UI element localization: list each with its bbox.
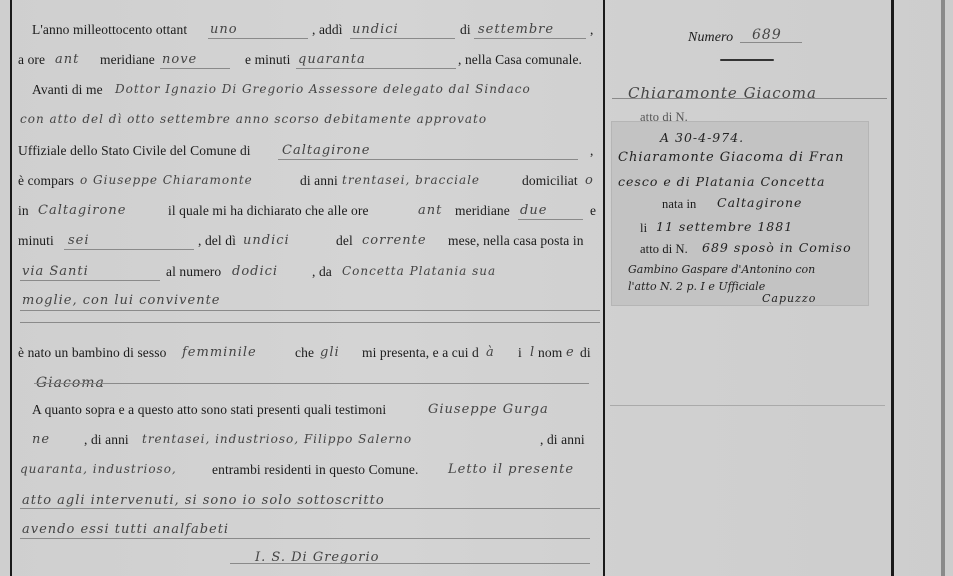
printed-mi-presenta: mi presenta, e a cui d	[362, 345, 479, 361]
printed-testimoni: A quanto sopra e a questo atto sono stat…	[32, 402, 386, 418]
hand-mother-relation: moglie, con lui convivente	[22, 293, 221, 308]
printed-casa-comunale: , nella Casa comunale.	[458, 52, 582, 68]
hand-minuti-value: quaranta	[298, 52, 366, 67]
numero-value: 689	[752, 27, 782, 43]
rule	[34, 383, 589, 384]
card-line3: cesco e di Platania Concetta	[618, 174, 826, 189]
card-line9: l'atto N. 2 p. I e Ufficiale	[628, 280, 765, 293]
margin-surname-name: Chiaramonte Giacoma	[628, 84, 817, 102]
hand-witness1-suffix: ne	[32, 432, 50, 447]
rule	[20, 322, 600, 323]
hand-closing-1: atto agli intervenuti, si sono io solo s…	[22, 493, 385, 508]
rule	[20, 508, 600, 509]
card-header: atto di N.	[640, 110, 688, 125]
hand-comune-value: Caltagirone	[282, 143, 370, 158]
hand-witness-details: trentasei, industrioso, Filippo Salerno	[142, 432, 412, 446]
hand-witness2-age-job: quaranta, industrioso,	[20, 462, 177, 476]
hand-closing-2: avendo essi tutti analfabeti	[22, 522, 229, 537]
hand-officer-name: Dottor Ignazio Di Gregorio Assessore del…	[115, 82, 531, 96]
hand-declarant-age-job: trentasei, bracciale	[342, 173, 480, 187]
card-nata-in-label: nata in	[662, 197, 696, 212]
printed-di: di	[460, 22, 471, 38]
hand-birth-month: corrente	[362, 233, 427, 248]
center-divider-line	[603, 0, 605, 576]
printed-comma: ,	[590, 22, 593, 38]
rule	[160, 68, 230, 69]
printed-da: , da	[312, 264, 332, 280]
hand-street-value: via Santi	[22, 264, 89, 279]
hand-delegation-text: con atto del dì otto settembre anno scor…	[20, 112, 487, 126]
annotation-card: atto di N. A 30-4-974. Chiaramonte Giaco…	[612, 122, 868, 305]
rule	[296, 68, 456, 69]
hand-d-suffix: à	[486, 345, 495, 360]
printed-di-anni: di anni	[300, 173, 338, 189]
rule	[610, 405, 885, 406]
rule	[64, 249, 194, 250]
card-nata-in-value: Caltagirone	[717, 195, 802, 210]
hand-domicile-value: Caltagirone	[38, 203, 126, 218]
printed-del: del	[336, 233, 353, 249]
card-atto-label: atto di N.	[640, 242, 688, 257]
rule	[20, 538, 590, 539]
rule	[278, 159, 578, 160]
card-line8: Gambino Gaspare d'Antonino con	[628, 263, 815, 276]
rule	[350, 38, 455, 39]
card-line1: A 30-4-974.	[660, 130, 744, 145]
printed-di-anni-3: , di anni	[540, 432, 585, 448]
printed-a-ore: a ore	[18, 52, 45, 68]
printed-del-di: , del dì	[198, 233, 236, 249]
printed-entrambi: entrambi residenti in questo Comune.	[212, 462, 418, 478]
birth-record-page: L'anno milleottocento ottant uno , addì …	[0, 0, 953, 576]
printed-i: i	[518, 345, 522, 361]
rule	[474, 38, 586, 39]
ornament-flourish	[720, 59, 774, 61]
hand-day-value: undici	[352, 22, 399, 37]
printed-meridiane: meridiane	[100, 52, 155, 68]
printed-che: che	[295, 345, 314, 361]
hand-birth-day: undici	[243, 233, 290, 248]
printed-e-compars: è compars	[18, 173, 74, 189]
printed-e-nato: è nato un bambino di sesso	[18, 345, 166, 361]
printed-di-2: di	[580, 345, 591, 361]
printed-uffiziale: Uffiziale dello Stato Civile del Comune …	[18, 143, 251, 159]
printed-anno: L'anno milleottocento ottant	[32, 22, 187, 38]
hand-i-suffix: l	[530, 345, 535, 360]
printed-mese-casa: mese, nella casa posta in	[448, 233, 584, 249]
printed-in: in	[18, 203, 29, 219]
printed-comma: ,	[590, 143, 593, 159]
printed-di-anni-2: , di anni	[84, 432, 129, 448]
printed-e: e	[590, 203, 596, 219]
hand-month-value: settembre	[478, 22, 554, 37]
hand-sex-value: femminile	[182, 345, 257, 360]
card-atto-value: 689 sposò in Comiso	[702, 240, 852, 255]
rule	[518, 219, 583, 220]
hand-witness1-name: Giuseppe Gurga	[428, 402, 549, 417]
hand-declarant-name: o Giuseppe Chiaramonte	[80, 173, 253, 187]
rule	[612, 98, 887, 99]
card-li-value: 11 settembre 1881	[656, 219, 793, 234]
rule	[740, 42, 802, 43]
hand-letto: Letto il presente	[448, 462, 574, 477]
hand-birth-minutes: sei	[68, 233, 90, 248]
rule	[20, 280, 160, 281]
page-edge-line	[941, 0, 945, 576]
printed-minuti: minuti	[18, 233, 54, 249]
left-margin-line	[10, 0, 12, 576]
rule	[208, 38, 308, 39]
right-divider-line	[891, 0, 894, 576]
hand-gli: gli	[320, 345, 340, 360]
numero-label: Numero	[688, 30, 733, 46]
hand-ore-am: ant	[55, 52, 79, 67]
card-li-label: li	[640, 221, 647, 236]
card-signature: Capuzzo	[762, 292, 816, 305]
hand-house-number: dodici	[232, 264, 278, 279]
printed-domiciliat: domiciliat	[522, 173, 578, 189]
printed-quale-dichiarato: il quale mi ha dichiarato che alle ore	[168, 203, 369, 219]
hand-mother-name: Concetta Platania sua	[342, 264, 496, 278]
printed-meridiane-2: meridiane	[455, 203, 510, 219]
printed-nom: nom	[538, 345, 562, 361]
hand-birth-ore-am: ant	[418, 203, 442, 218]
hand-birth-hour: due	[520, 203, 547, 218]
card-line2: Chiaramonte Giacoma di Fran	[618, 150, 844, 165]
rule	[230, 563, 590, 564]
hand-domiciliat-suffix: o	[585, 173, 594, 188]
printed-al-numero: al numero	[166, 264, 221, 280]
rule	[20, 310, 600, 311]
hand-anno-value: uno	[210, 22, 238, 37]
printed-avanti-di-me: Avanti di me	[32, 82, 103, 98]
printed-e-minuti: e minuti	[245, 52, 290, 68]
hand-nom-suffix: e	[566, 345, 575, 360]
printed-addi: , addì	[312, 22, 343, 38]
hand-ore-value: nove	[162, 52, 197, 67]
